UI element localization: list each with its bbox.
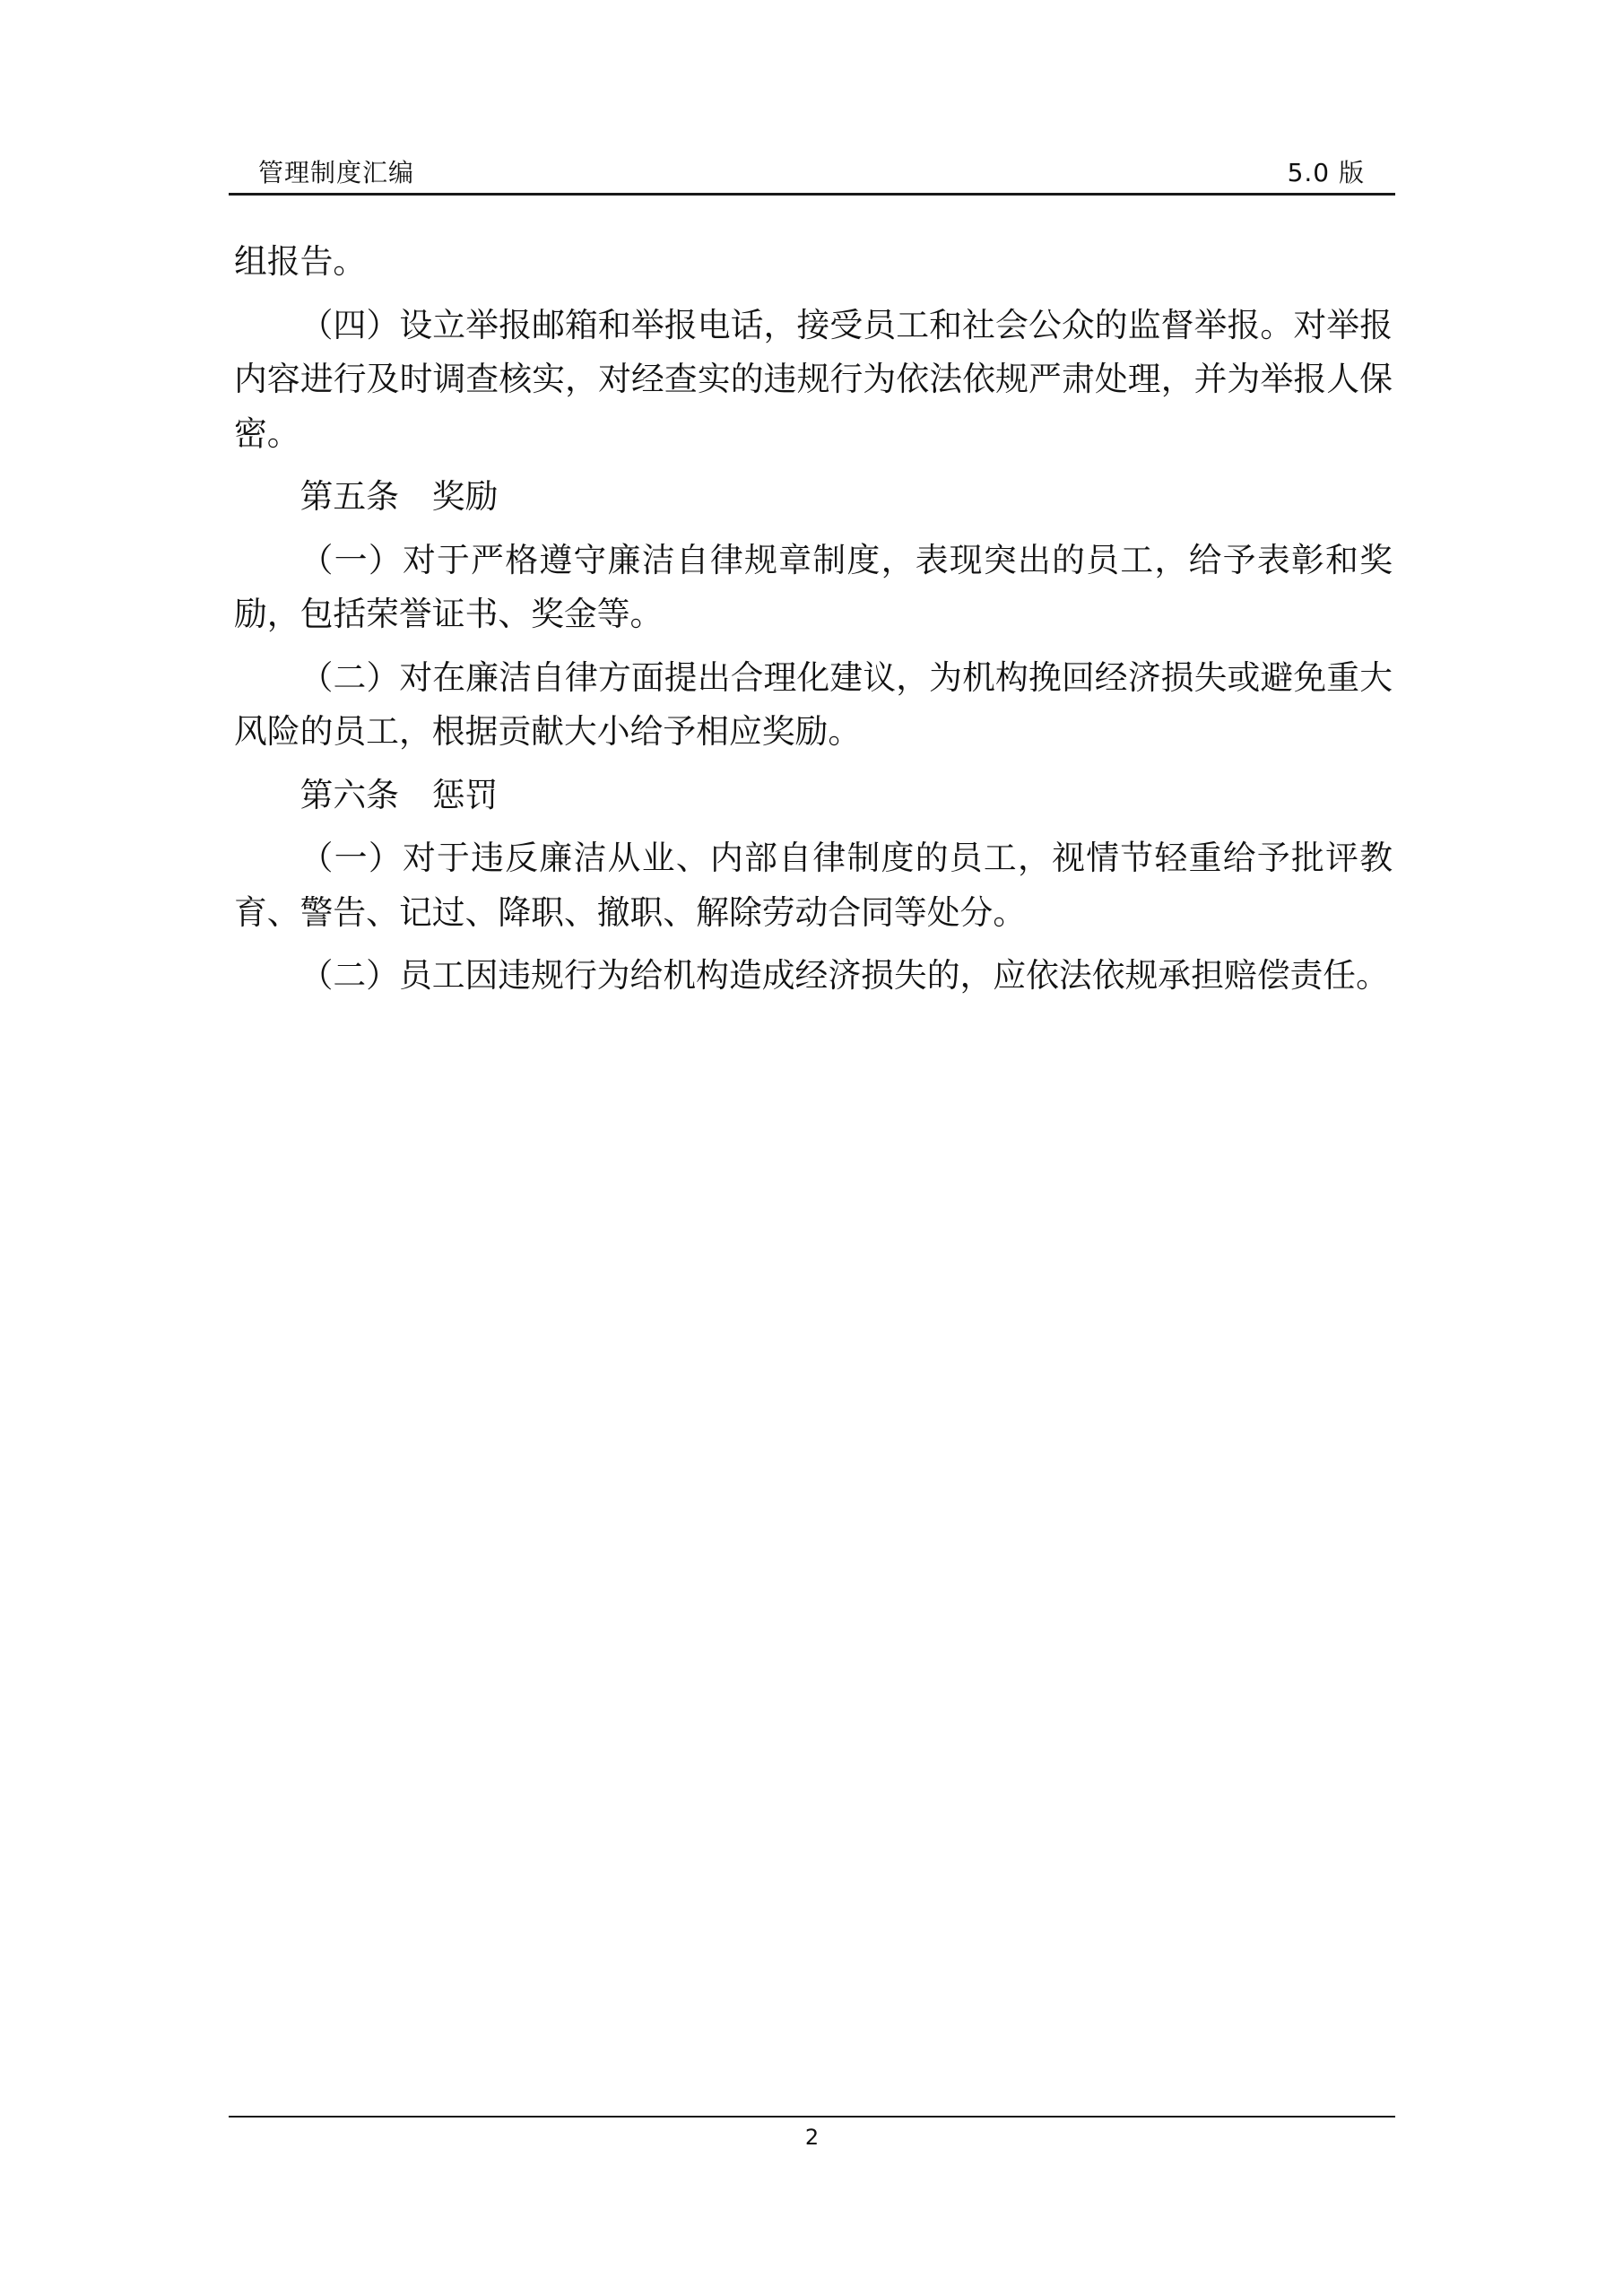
article-5-item-1: （一）对于严格遵守廉洁自律规章制度，表现突出的员工，给予表彰和奖励，包括荣誉证书… — [234, 534, 1393, 642]
document-body: 组报告。 （四）设立举报邮箱和举报电话，接受员工和社会公众的监督举报。对举报内容… — [234, 235, 1393, 1013]
article-5-title: 奖励 — [432, 477, 499, 516]
page-header: 管理制度汇编 5.0 版 — [229, 151, 1395, 196]
article-6-item-2: （二）员工因违规行为给机构造成经济损失的，应依法依规承担赔偿责任。 — [234, 949, 1393, 1004]
article-5-item-2: （二）对在廉洁自律方面提出合理化建议，为机构挽回经济损失或避免重大风险的员工，根… — [234, 651, 1393, 760]
article-6-title: 惩罚 — [432, 776, 499, 814]
article-6-item-1: （一）对于违反廉洁从业、内部自律制度的员工，视情节轻重给予批评教育、警告、记过、… — [234, 831, 1393, 940]
paragraph-continuation: 组报告。 — [234, 235, 1393, 290]
page-footer: 2 — [229, 2116, 1395, 2118]
article-5-heading: 第五条奖励 — [234, 470, 1393, 525]
paragraph-item-4: （四）设立举报邮箱和举报电话，接受员工和社会公众的监督举报。对举报内容进行及时调… — [234, 299, 1393, 462]
document-title: 管理制度汇编 — [258, 157, 414, 189]
document-version: 5.0 版 — [1288, 157, 1365, 189]
article-6-number: 第六条 — [300, 776, 399, 814]
article-6-heading: 第六条惩罚 — [234, 769, 1393, 823]
article-5-number: 第五条 — [300, 477, 399, 516]
page-number: 2 — [229, 2125, 1395, 2150]
